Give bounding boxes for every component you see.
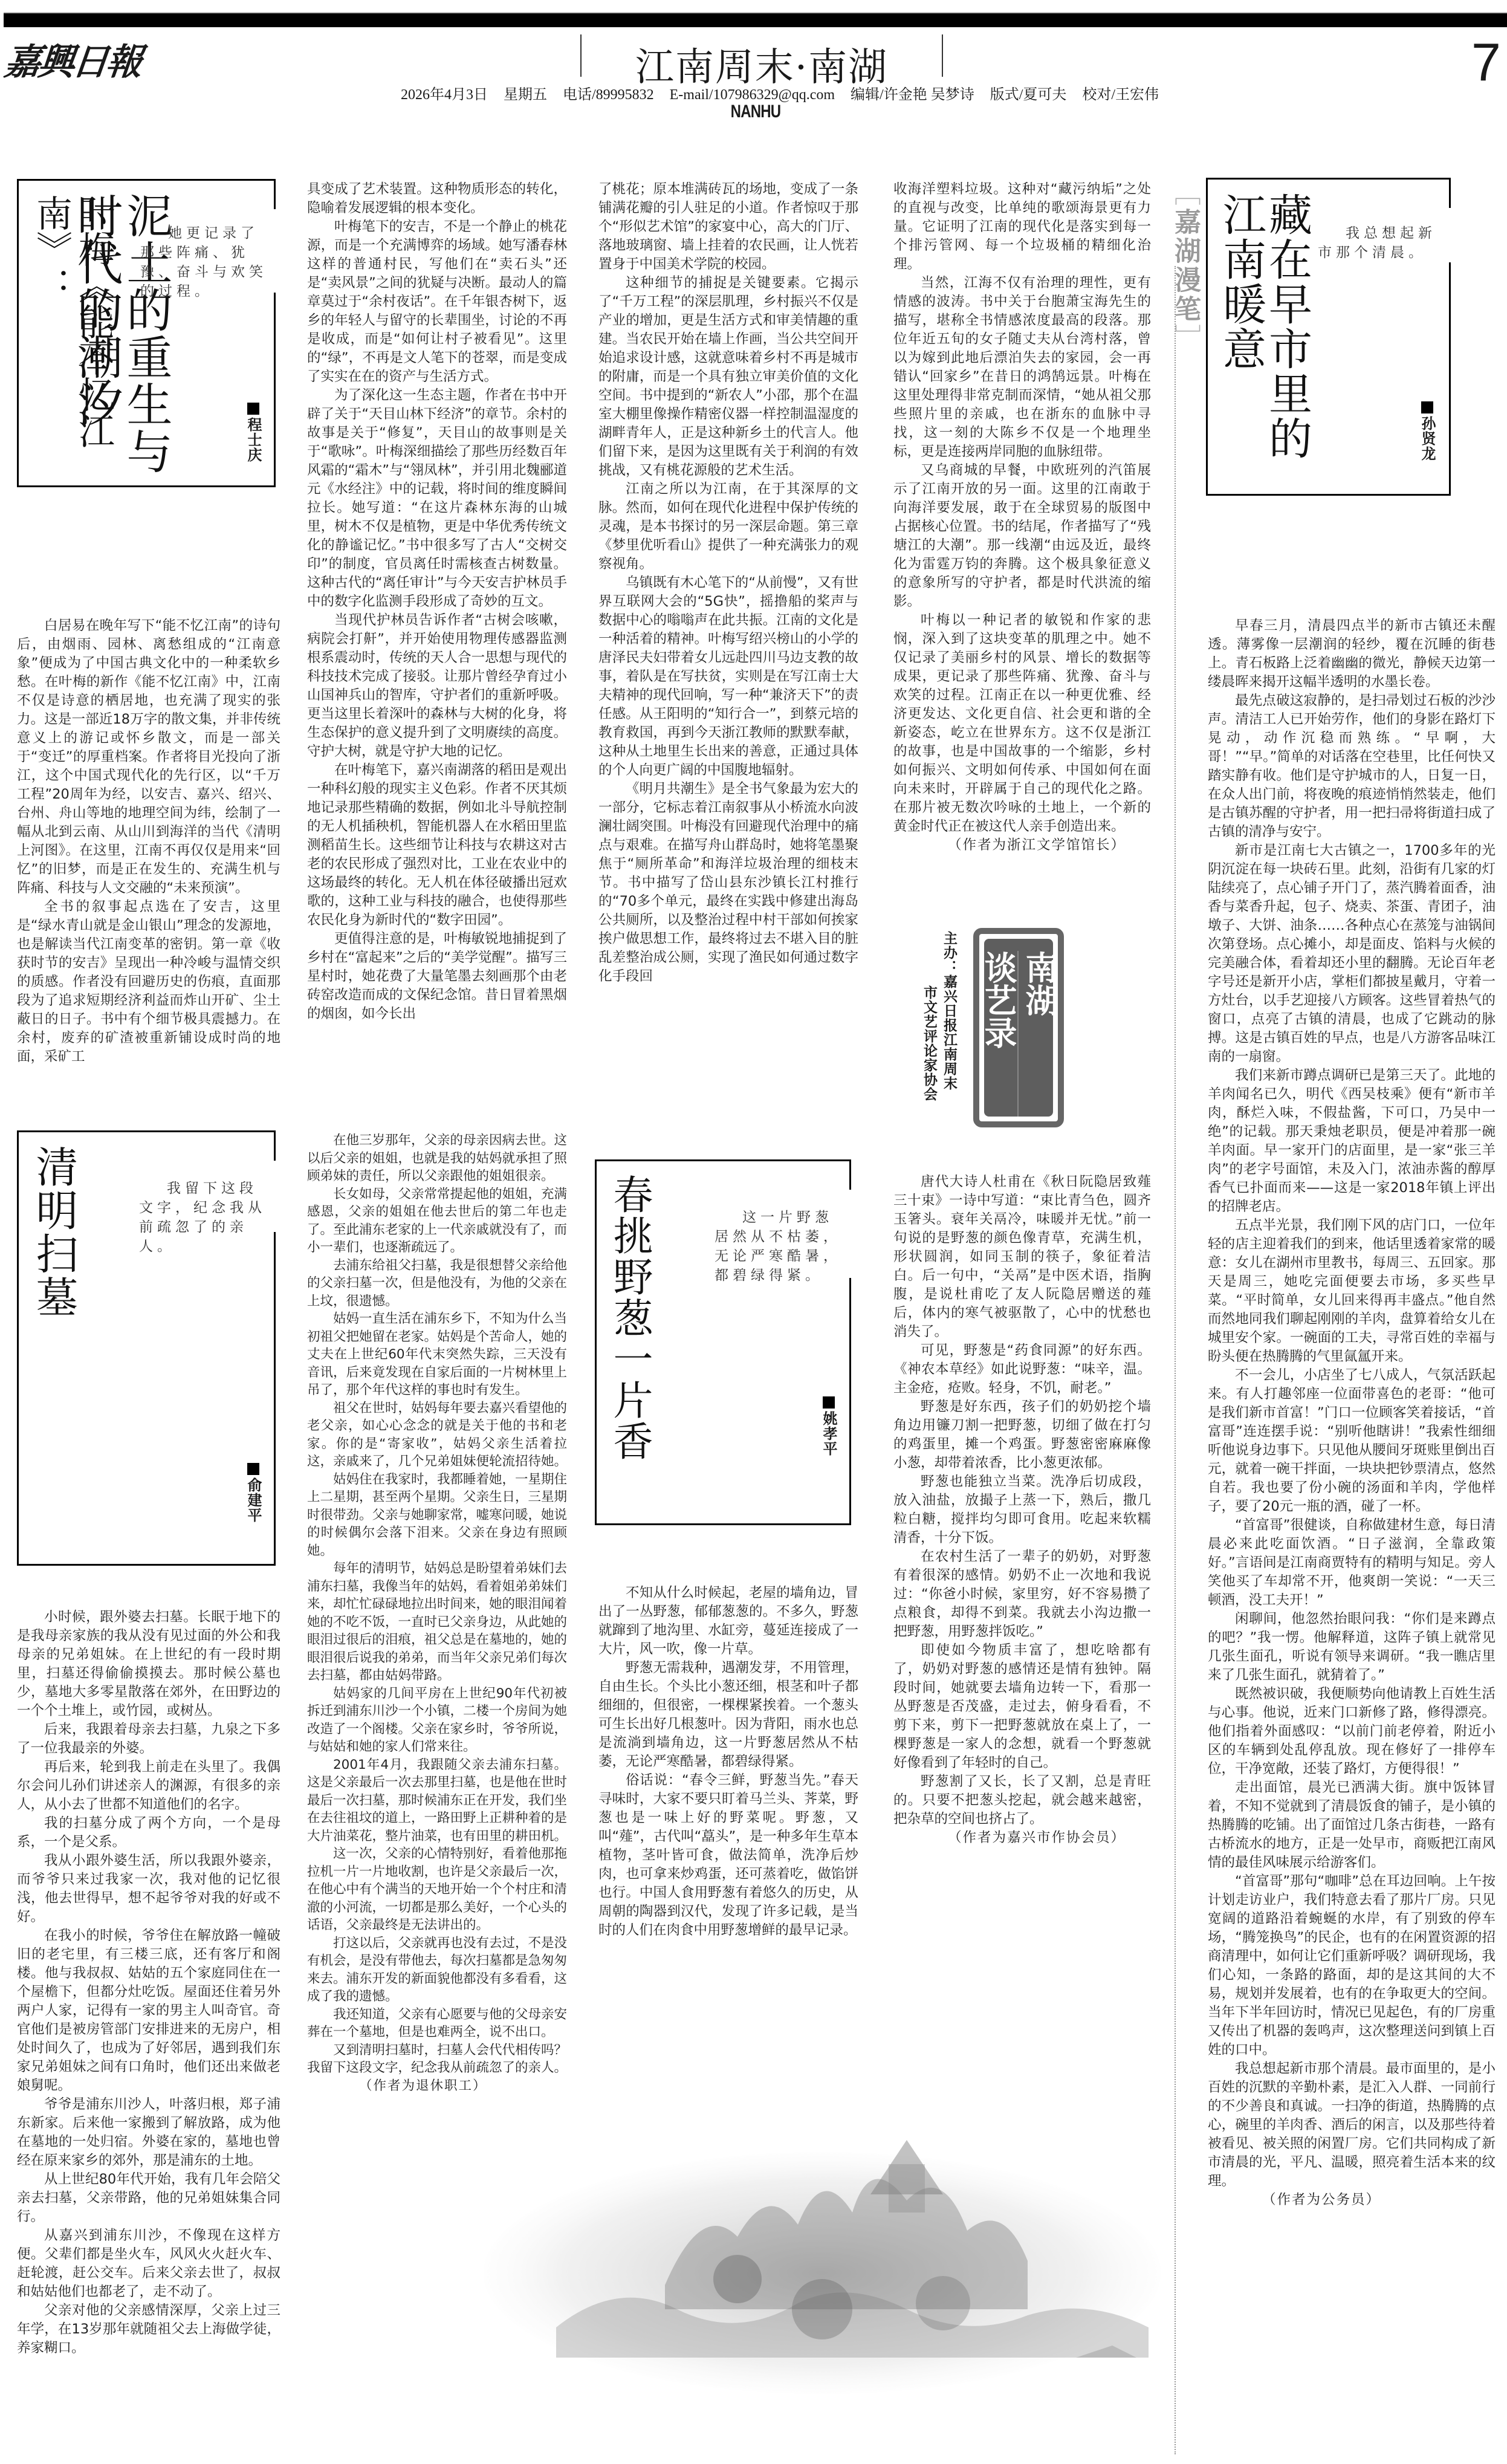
article-qingming-col1: 小时候，跟外婆去扫墓。长眠于地下的是我母亲家族的我从没有见过面的外公和我母亲的兄… [17,1608,280,2358]
paragraph: 野葱也能独立当菜。洗净后切成段，放入油盐，放撮子上蒸一下，熟后，撒几粒白糖，搅拌… [893,1473,1151,1548]
paragraph: 这一次，父亲的心情特别好，看着他那拖拉机一片一片地收割，也许是父亲最后一次，在他… [307,1845,567,1934]
paragraph: 又到清明扫墓时，扫墓人会代代相传吗？我留下这段文字，纪念我从前疏忽了的亲人。 [307,2041,567,2077]
article-yemei-col3: 了桃花；原本堆满砖瓦的场地，变成了一条铺满花瓣的引人驻足的小道。作者惊叹于那个“… [598,180,858,986]
article-zaoshi-col5: 早春三月，清晨四点半的新市古镇还未醒透。薄雾像一层潮润的轻纱，覆在沉睡的街巷上。… [1208,617,1496,2209]
author-note-yecong: （作者为嘉兴市作协会员） [893,1829,1151,1847]
paragraph: 更值得注意的是，叶梅敏锐地捕捉到了乡村在“富起来”之后的“美学觉醒”。描写三星村… [307,930,567,1023]
paragraph: 这种细节的捕捉是关键要素。它揭示了“千万工程”的深层肌理，乡村振兴不仅是产业的增… [598,274,858,480]
paragraph: 新市是江南七大古镇之一，1700多年的光阴沉淀在每一块砖石里。此刻，沿街有几家的… [1208,841,1496,1066]
issue-date: 2026年4月3日 [401,87,488,103]
paragraph: 姑妈住在我家时，我都睡着她，一星期住上二星期，甚至两个星期。父亲生日，三星期时很… [307,1471,567,1560]
author-note-qingming: （作者为退休职工） [307,2077,567,2095]
sponsor-line-1: 嘉兴日报江南周末 [941,974,957,1091]
article-dek-zaoshi: 我总想起新市那个清晨。 [1318,224,1450,262]
contact-email: E-mail/107986329@qq.com [670,87,835,103]
paragraph: 当然，江海不仅有治理的理性，更有情感的波涛。书中关于台胞萧宝海先生的描写，堪称全… [893,274,1151,461]
paragraph: 即使如今物质丰富了，想吃啥都有了，奶奶对野葱的感情还是情有独钟。隔段时间，她就要… [893,1641,1151,1772]
article-byline-zaoshi: 孙贤龙 [1417,401,1438,461]
paragraph: “首富哥”那句“咖啡”总在耳边回响。上午按计划走访业户，我们特意去看了那片厂房。… [1208,1872,1496,2060]
paragraph: 去浦东给祖父扫墓，我是很想替父亲给他的父亲扫墓一次，但是他没有，为他的父亲在上坟… [307,1257,567,1311]
article-yemei-col4: 收海洋塑料垃圾。这种对“藏污纳垢”之处的直视与改变，比单纯的歌颂海景更有力量。它… [893,180,1151,855]
article-yecong-col4: 唐代大诗人杜甫在《秋日阮隐居致薤三十束》一诗中写道：“束比青刍色，圆齐玉箸头。衰… [893,1173,1151,1847]
article-byline-yecong: 姚孝平 [818,1396,840,1456]
sponsor-prefix: 主办： [941,931,957,974]
paragraph: 不一会儿，小店坐了七八成人，气氛活跃起来。有人打趣邻座一位面带喜色的老哥：“他可… [1208,1366,1496,1516]
article-title-qingming: 清明扫墓 [31,1145,76,1447]
article-qingming-col2: 在他三岁那年，父亲的母亲因病去世。这以后父亲的姐姐，也就是我的姑妈就承担了照顾弟… [307,1132,567,2095]
paragraph: 收海洋塑料垃圾。这种对“藏污纳垢”之处的直视与改变，比单纯的歌颂海景更有力量。它… [893,180,1151,274]
sponsor-line-2: 市文艺评论家协会 [921,985,937,1101]
issue-info-line: 2026年4月3日 星期五 电话/89995832 E-mail/1079863… [351,82,1209,103]
title-box-gap [849,1190,854,1278]
paragraph: 后来，我跟着母亲去扫墓，九泉之下多了一位我最亲的外婆。 [17,1720,280,1758]
article-yemei-col1: 白居易在晚年写下“能不忆江南”的诗句后，由烟雨、园林、离愁组成的“江南意象”便成… [17,617,280,1066]
article-dek-qingming: 我留下这段文字，纪念我从前疏忽了的亲人。 [139,1179,272,1256]
paragraph: 我总想起新市那个清晨。最市面里的，是小百姓的沉默的辛勤朴素，是汇入人群、一同前行… [1208,2060,1496,2191]
paragraph: 既然被识破，我便顺势向他请教上百姓生活与心事。他说，近来门口新修了路，修得漂亮。… [1208,1685,1496,1778]
paragraph: 野葱割了又长，长了又割，总是青旺的。只要不把葱头挖起，就会越来越密，把杂草的空间… [893,1772,1151,1829]
paragraph: 俗话说：“春令三鲜，野葱当先。”春天寻味时，大家不要只盯着马兰头、荠菜，野葱也是… [598,1771,858,1940]
sponsor-line-2-wrap: 市文艺评论家协会 [920,985,938,1101]
paragraph: 在我小的时候，爷爷住在解放路一幢破旧的老宅里，有三楼三底，还有客厅和阁楼。他与我… [17,1927,280,2095]
title-box-gap [273,209,278,293]
paragraph: 最先点破这寂静的，是扫帚划过石板的沙沙声。清洁工人已开始劳作，他们的身影在路灯下… [1208,692,1496,841]
paragraph: 爷爷是浦东川沙人，叶落归根，郑子浦东新家。后来他一家搬到了解放路，成为他在墓地的… [17,2095,280,2170]
paragraph: 我从小跟外婆生活，所以我跟外婆亲，而爷爷只来过我家一次，我对他的记忆很浅，他去世… [17,1852,280,1927]
paragraph: 为了深化这一生态主题，作者在书中开辟了关于“天目山林下经济”的章节。余村的故事是… [307,386,567,611]
paragraph: 叶梅以一种记者的敏锐和作家的悲悯，深入到了这块变革的肌理之中。她不仅记录了美丽乡… [893,611,1151,836]
article-yecong-col3: 不知从什么时候起，老屋的墙角边，冒出了一丛野葱，郁郁葱葱的。不多久，野葱就蹿到了… [598,1584,858,1940]
layout-designer: 版式/夏可夫 [990,87,1067,103]
paragraph: 我们来新市蹲点调研已是第三天了。此地的羊肉闻名已久，明代《西吴枝乘》便有“新市羊… [1208,1066,1496,1216]
paragraph: 白居易在晚年写下“能不忆江南”的诗句后，由烟雨、园林、离愁组成的“江南意象”便成… [17,617,280,898]
paragraph: 唐代大诗人杜甫在《秋日阮隐居致薤三十束》一诗中写道：“束比青刍色，圆齐玉箸头。衰… [893,1173,1151,1341]
paragraph: 野葱是好东西，孩子们的奶奶挖个墙角边用镰刀割一把野葱，切细了做在打匀的鸡蛋里，摊… [893,1398,1151,1473]
article-title-yemei-line2: 叶梅《能不忆江南》： [30,195,115,479]
paragraph: 父亲对他的父亲感情深厚，父亲上过三年学，在13岁那年就随祖父去上海做学徒，养家糊… [17,2301,280,2358]
article-yemei-col2: 具变成了艺术装置。这种物质形态的转化，隐喻着发展逻辑的根本变化。 叶梅笔下的安吉… [307,180,567,1023]
author-note-zaoshi: （作者为公务员） [1208,2191,1496,2209]
paragraph: 乌镇既有木心笔下的“从前慢”，又有世界互联网大会的“5G快”，摇撸船的桨声与数据… [598,574,858,780]
author-note-yemei: （作者为浙江文学馆馆长） [893,836,1151,855]
article-title-yecong: 春挑野葱一片香 [608,1174,650,1488]
paragraph: 每年的清明节，姑妈总是盼望着弟妹们去浦东扫墓，我像当年的姑妈，看着姐弟弟妹们来，… [307,1560,567,1685]
paragraph: 具变成了艺术装置。这种物质形态的转化，隐喻着发展逻辑的根本变化。 [307,180,567,218]
paragraph: 姑妈家的几间平房在上世纪90年代初被拆迁到浦东川沙一个小镇，二楼一个房间为她改造… [307,1685,567,1756]
editors: 编辑/许金艳 吴梦诗 [851,87,974,103]
paragraph: 叶梅笔下的安吉，不是一个静止的桃花源，而是一个充满博弈的场域。她写潘春林这样的普… [307,218,567,386]
paragraph: 在他三岁那年，父亲的母亲因病去世。这以后父亲的姐姐，也就是我的姑妈就承担了照顾弟… [307,1132,567,1185]
sponsor-label: 主办：嘉兴日报江南周末 [940,931,958,1091]
column-divider-dotted [1175,266,1176,2454]
seal-text-1: 南湖 [1022,951,1056,1117]
header-black-bar [4,13,1507,27]
section-subtitle-en: NANHU [702,102,809,122]
paragraph: 野葱无需栽种，遇潮发芽，不用管理，自由生长。个头比小葱还细，根茎和叶子都细细的，… [598,1659,858,1771]
bracket-open: ﹇ [1170,179,1201,208]
paragraph: 从嘉兴到浦东川沙，不像现在这样方便。父辈们都是坐火车，风风火火赶火车、赶轮渡，赶… [17,2226,280,2301]
paragraph: 《明月共潮生》是全书气象最为宏大的一部分，它标志着江南叙事从小桥流水向波澜壮阔突… [598,780,858,986]
paragraph: 早春三月，清晨四点半的新市古镇还未醒透。薄雾像一层潮润的轻纱，覆在沉睡的街巷上。… [1208,617,1496,692]
paragraph: 在叶梅笔下，嘉兴南湖落的稻田是观出一种科幻般的现实主义色彩。作者不厌其烦地记录那… [307,761,567,930]
paragraph: 五点半光景，我们刚下风的店门口，一位年轻的店主迎着我们的到来，他话里透着家常的暖… [1208,1216,1496,1366]
page-number: 7 [1471,31,1501,93]
column-logo-nanhu-tanyilu: 南湖 谈艺录 [973,928,1064,1127]
seal-inner: 南湖 谈艺录 [984,939,1053,1117]
article-dek-yemei: 她更记录了那些阵痛、犹豫、奋斗与欢笑的过程。 [140,224,273,301]
paragraph: 长女如母，父亲常常提起他的姐姐，充满感恩，父亲的姐姐在他去世后的第二年也走了。至… [307,1185,567,1257]
article-byline-yemei: 程士庆 [243,403,264,462]
paragraph: 小时候，跟外婆去扫墓。长眠于地下的是我母亲家族的我从没有见过面的外公和我母亲的兄… [17,1608,280,1720]
paragraph: 从上世纪80年代开始，我有几年会陪父亲去扫墓，父亲带路，他的兄弟姐妹集合同行。 [17,2170,280,2226]
issue-weekday: 星期五 [504,87,547,103]
article-dek-yecong: 这一片野葱居然从不枯萎，无论严寒酷暑，都碧绿得紧。 [715,1208,849,1285]
paragraph: 打这以后，父亲就再也没有去过，不是没有机会，是没有带他去，每次扫墓都是急匆匆来去… [307,1934,567,2006]
paragraph: 走出面馆，晨光已洒满大街。旗中饭钵冒着，不知不觉就到了清晨饭食的铺子，是小镇的热… [1208,1778,1496,1872]
column-tag-jiahu-manbi: ﹇嘉湖漫笔﹈ [1165,179,1204,353]
newspaper-logo: 嘉興日報 [2,33,143,85]
proofreader: 校对/王宏伟 [1082,87,1159,103]
paragraph: 我的扫墓分成了两个方向，一个是母系，一个是父系。 [17,1814,280,1852]
paragraph: 祖父在世时，姑妈每年要去嘉兴看望他的老父亲，如心心念念的就是关于他的书和老家。你… [307,1399,567,1471]
paragraph: 我还知道，父亲有心愿要与他的父母亲安葬在一个墓地，但是也难两全，说不出口。 [307,2006,567,2041]
contact-phone: 电话/89995832 [563,87,654,103]
article-byline-qingming: 俞建平 [243,1463,264,1523]
paragraph: 了桃花；原本堆满砖瓦的场地，变成了一条铺满花瓣的引人驻足的小道。作者惊叹于那个“… [598,180,858,274]
ink-landscape-illustration [484,2128,1209,2394]
paragraph: 闲聊间，他忽然抬眼问我：“你们是来蹲点的吧？”我一愣。他解释道，这阵子镇上就常见… [1208,1610,1496,1685]
paragraph: 在农村生活了一辈子的奶奶，对野葱有着很深的感情。奶奶不止一次地和我说过：“你爸小… [893,1548,1151,1641]
paragraph: 姑妈一直生活在浦东乡下，不知为什么当初祖父把她留在老家。姑妈是个苦命人，她的丈夫… [307,1310,567,1399]
title-box-gap [273,1161,278,1232]
paragraph: 不知从什么时候起，老屋的墙角边，冒出了一丛野葱，郁郁葱葱的。不多久，野葱就蹿到了… [598,1584,858,1659]
paragraph: “首富哥”很健谈，自称做建材生意，每日清晨必来此吃面饮酒。“日子滋润，全靠政策好… [1208,1516,1496,1610]
paragraph: 当现代护林员告诉作者“古树会咳嗽，病院会打鼾”，并开始使用物理传感器监测根系震动… [307,611,567,761]
paragraph: 江南之所以为江南，在于其深厚的文脉。然而，如何在现代化进程中保护传统的灵魂，是本… [598,480,858,574]
paragraph: 2001年4月，我跟随父亲去浦东扫墓。这是父亲最后一次去那里扫墓，也是他在世时最… [307,1756,567,1846]
paragraph: 可见，野葱是“药食同源”的好东西。《神农本草经》如此说野葱：“味辛，温。主金疮，… [893,1341,1151,1398]
paragraph: 又乌商城的早餐，中欧班列的汽笛展示了江南开放的另一面。这里的江南敢于向海洋要发展… [893,461,1151,611]
paragraph: 全书的叙事起点选在了安吉，这里是“绿水青山就是金山银山”理念的发源地，也是解读当… [17,898,280,1066]
paragraph: 再后来，轮到我上前走在头里了。我偶尔会问儿孙们讲述亲人的渊源，有很多的亲人，从小… [17,1758,280,1814]
seal-text-2: 谈艺录 [981,951,1019,1117]
article-title-zaoshi: 藏在早市里的江南暖意 [1218,192,1310,482]
